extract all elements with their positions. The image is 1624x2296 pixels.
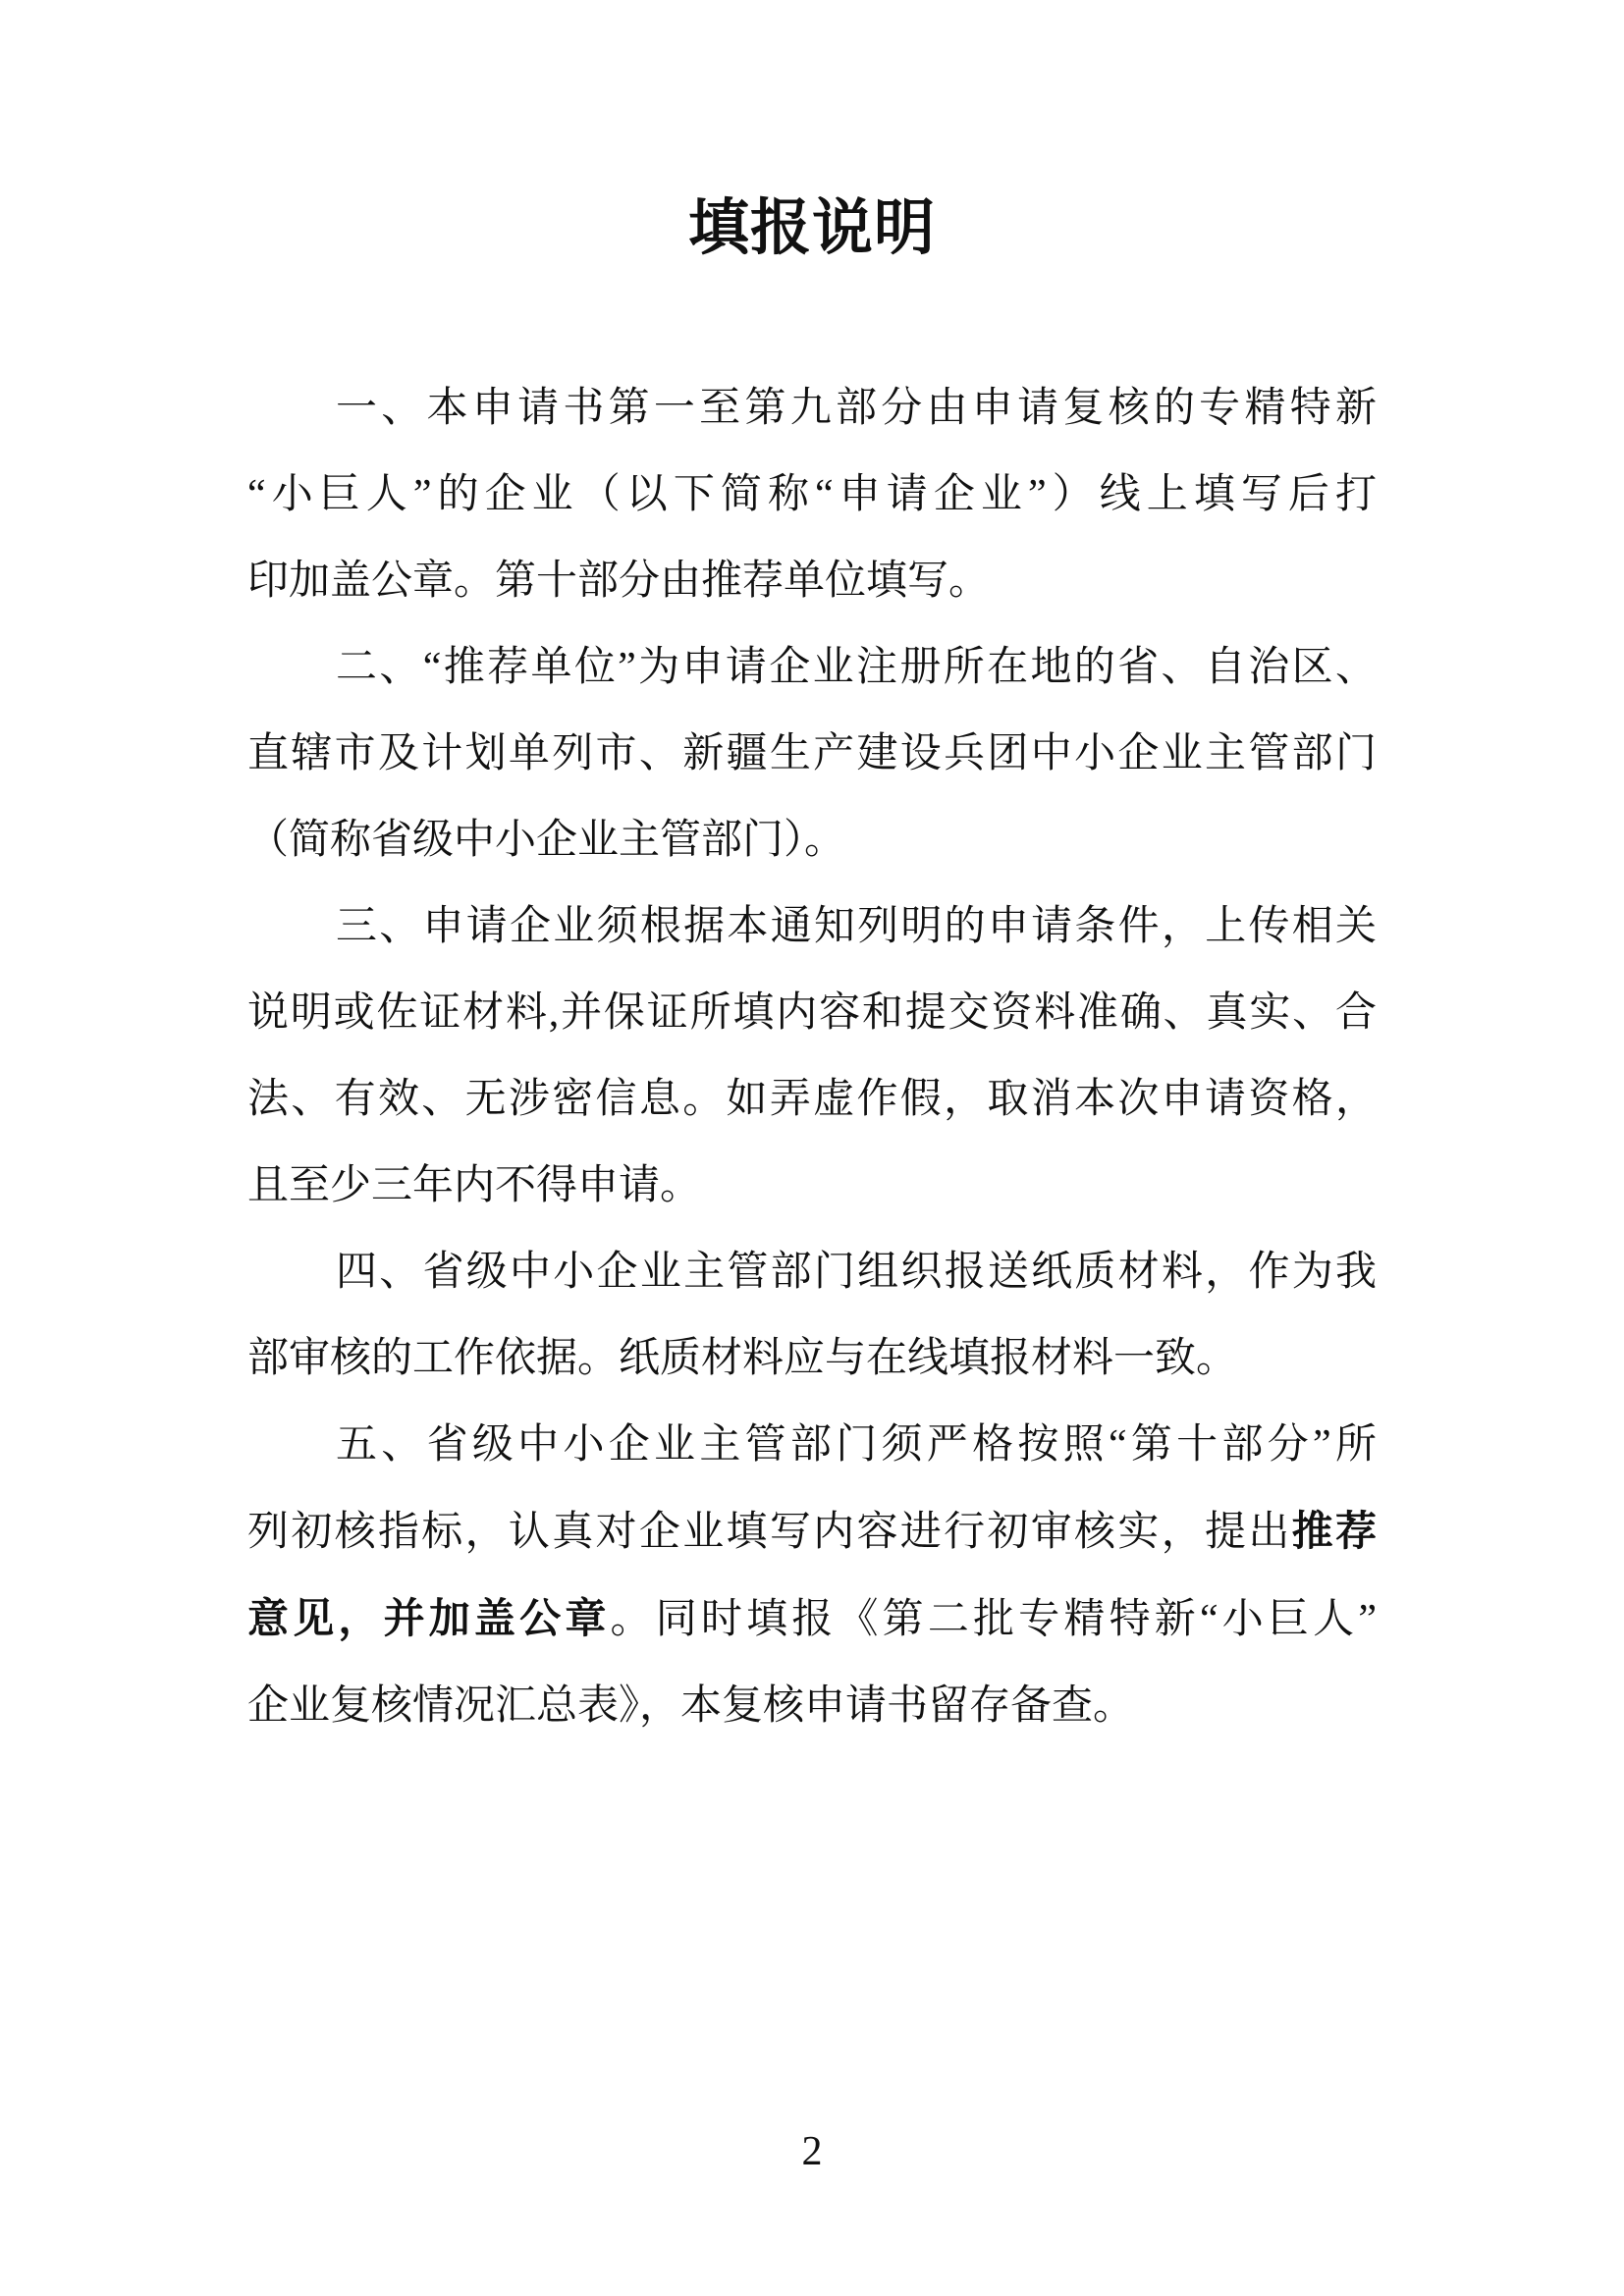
text-line: 法、有效、无涉密信息。如弄虚作假，取消本次申请资格，	[247, 1056, 1377, 1143]
paragraph-2: 二、“推荐单位”为申请企业注册所在地的省、自治区、 直辖市及计划单列市、新疆生产…	[247, 624, 1377, 883]
bold-text-segment: 意见，并加盖公章	[247, 1595, 611, 1641]
text-line: （简称省级中小企业主管部门）。	[247, 797, 1377, 883]
text-line: 列初核指标，认真对企业填写内容进行初审核实，提出推荐	[247, 1488, 1377, 1575]
text-line: 三、申请企业须根据本通知列明的申请条件，上传相关	[247, 883, 1377, 970]
text-line: 印加盖公章。第十部分由推荐单位填写。	[247, 538, 1377, 624]
text-segment: 列初核指标，认真对企业填写内容进行初审核实，提出	[247, 1510, 1292, 1555]
page-number: 2	[0, 2128, 1624, 2175]
document-page: 填报说明 一、本申请书第一至第九部分由申请复核的专精特新 “小巨人”的企业（以下…	[0, 0, 1624, 2296]
paragraph-5: 五、省级中小企业主管部门须严格按照“第十部分”所 列初核指标，认真对企业填写内容…	[247, 1402, 1377, 1749]
text-line: 二、“推荐单位”为申请企业注册所在地的省、自治区、	[247, 624, 1377, 711]
text-line: 部审核的工作依据。纸质材料应与在线填报材料一致。	[247, 1315, 1377, 1402]
text-segment: 五、省级中小企业主管部门须严格按照“第十部分”所	[336, 1422, 1377, 1468]
text-line: 意见，并加盖公章。同时填报《第二批专精特新“小巨人”	[247, 1575, 1377, 1663]
text-line: 五、省级中小企业主管部门须严格按照“第十部分”所	[247, 1402, 1377, 1488]
text-segment: 。同时填报《第二批专精特新“小巨人”	[611, 1597, 1377, 1642]
text-segment: 企业复核情况汇总表》，本复核申请书留存备查。	[247, 1683, 1134, 1729]
text-line: 一、本申请书第一至第九部分由申请复核的专精特新	[247, 365, 1377, 452]
text-line: “小巨人”的企业（以下简称“申请企业”）线上填写后打	[247, 452, 1377, 538]
text-line: 四、省级中小企业主管部门组织报送纸质材料，作为我	[247, 1229, 1377, 1315]
document-body: 一、本申请书第一至第九部分由申请复核的专精特新 “小巨人”的企业（以下简称“申请…	[247, 365, 1377, 1749]
bold-text-segment: 推荐	[1292, 1508, 1377, 1554]
text-line: 且至少三年内不得申请。	[247, 1143, 1377, 1229]
text-line: 企业复核情况汇总表》，本复核申请书留存备查。	[247, 1663, 1377, 1749]
text-line: 说明或佐证材料,并保证所填内容和提交资料准确、真实、合	[247, 970, 1377, 1056]
document-title: 填报说明	[0, 196, 1624, 261]
paragraph-1: 一、本申请书第一至第九部分由申请复核的专精特新 “小巨人”的企业（以下简称“申请…	[247, 365, 1377, 624]
paragraph-3: 三、申请企业须根据本通知列明的申请条件，上传相关 说明或佐证材料,并保证所填内容…	[247, 883, 1377, 1229]
text-line: 直辖市及计划单列市、新疆生产建设兵团中小企业主管部门	[247, 711, 1377, 797]
paragraph-4: 四、省级中小企业主管部门组织报送纸质材料，作为我 部审核的工作依据。纸质材料应与…	[247, 1229, 1377, 1402]
